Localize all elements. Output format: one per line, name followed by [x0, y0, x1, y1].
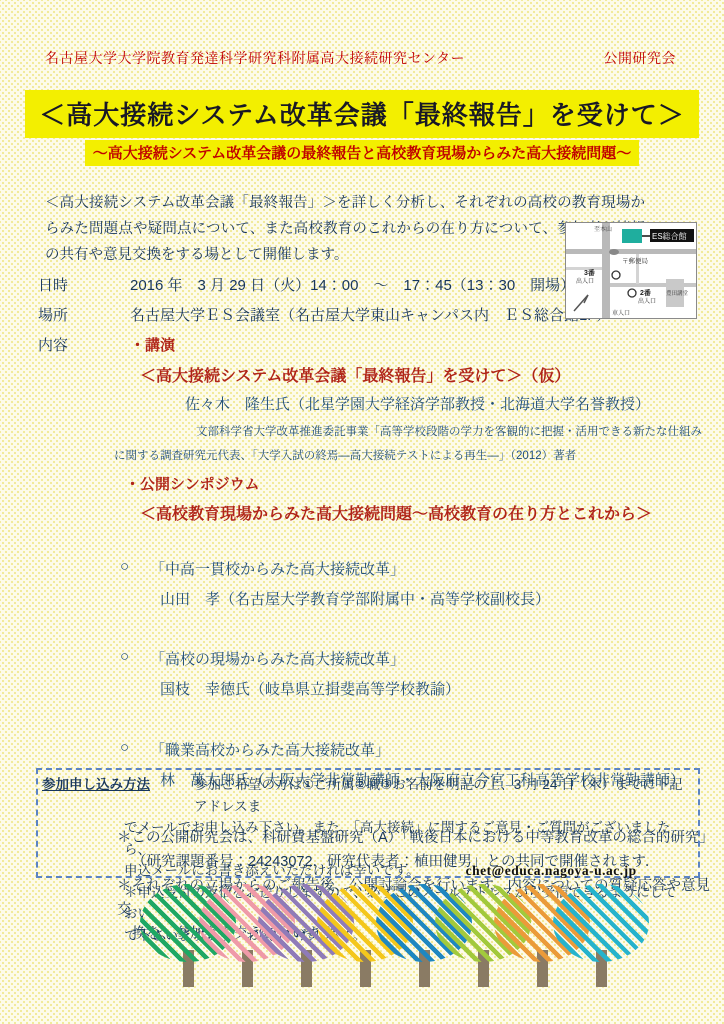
place-value: 名古屋大学ＥＳ会議室（名古屋大学東山キャンパス内 ＥＳ総合館1F）: [130, 304, 611, 328]
datetime-value: 2016 年 3 月 29 日（火）14：00 ～ 17：45（13：30 開場…: [130, 274, 575, 298]
lecture-bio-line1: 文部科学省大学改革推進委託事業「高等学校段階の学力を客観的に把握・活用できる新た…: [196, 423, 724, 439]
flyer-page: { "header": { "org": "名古屋大学大学院教育発達科学研究科附…: [0, 0, 724, 1024]
place-label: 場所: [38, 304, 130, 328]
circle-bullet-icon: ○: [120, 648, 150, 669]
intro-paragraph: ＜高大接続システム改革会議「最終報告」＞を詳しく分析し、それぞれの高校の教育現場…: [45, 190, 645, 268]
subtitle-block: ～高大接続システム改革会議の最終報告と高校教育現場からみた高大接続問題～: [0, 140, 724, 166]
tree-canopy-icon: [553, 884, 649, 962]
application-box: 参加申し込み方法 参加ご希望の方は①ご所属②職③お名前を明記の上、3 月 24 …: [36, 768, 700, 878]
tree-row-decoration: [0, 884, 724, 984]
application-line2: でメールでお申し込み下さい。また、「高大接続」に関するご意見・ご質問がございまし…: [124, 817, 690, 860]
circle-bullet-icon: ○: [120, 739, 150, 760]
symposium-item-1: ○ 「中高一貫校からみた高大接続改革」 山田 孝（名古屋大学教育学部附属中・高等…: [120, 558, 724, 609]
event-type-label: 公開研究会: [604, 48, 677, 68]
symposium-item-title: 「職業高校からみた高大接続改革」: [150, 739, 390, 760]
content-label: 内容: [38, 334, 130, 358]
symposium-item-2: ○ 「高校の現場からみた高大接続改革」 国枝 幸徳氏（岐阜県立揖斐高等学校教諭）: [120, 648, 724, 699]
symposium-title: ＜高校教育現場からみた高大接続問題～高校教育の在り方とこれから＞: [140, 501, 724, 524]
map-exit3-label: 3番: [584, 268, 595, 277]
campus-map-graphic: ES総合館 至本山 〒郵便局 3番 出入口 2番 出入口 豊田講堂 車入口: [566, 223, 696, 318]
symposium-item-speaker: 国枝 幸徳氏（岐阜県立揖斐高等学校教諭）: [160, 678, 724, 699]
contact-email: chet@educa.nagoya-u.ac.jp: [466, 863, 637, 878]
title-block: ＜高大接続システム改革会議「最終報告」を受けて＞: [0, 90, 724, 138]
lecture-title: ＜高大接続システム改革会議「最終報告」を受けて＞（仮）: [140, 363, 724, 386]
campus-map: ES総合館 至本山 〒郵便局 3番 出入口 2番 出入口 豊田講堂 車入口: [565, 222, 697, 319]
header-line: 名古屋大学大学院教育発達科学研究科附属高大接続研究センター 公開研究会: [0, 0, 724, 68]
page-subtitle: ～高大接続システム改革会議の最終報告と高校教育現場からみた高大接続問題～: [85, 140, 640, 166]
es-building-marker: [622, 229, 642, 243]
tree-cyan: [553, 884, 649, 987]
map-post-office-label: 〒郵便局: [622, 256, 649, 265]
map-car-gate-label: 車入口: [612, 309, 630, 317]
application-method-label: 参加申し込み方法: [42, 774, 150, 817]
lecture-speaker: 佐々木 隆生氏（北星学園大学経済学部教授・北海道大学名誉教授）: [185, 393, 724, 414]
svg-text:出入口: 出入口: [576, 277, 594, 285]
content-row: 内容 ・講演: [38, 334, 724, 358]
map-toyoda-label: 豊田講堂: [666, 289, 689, 297]
map-building-label: ES総合館: [652, 231, 687, 241]
map-exit2-label: 2番: [640, 288, 651, 297]
svg-text:出入口: 出入口: [638, 297, 656, 305]
symposium-item-title: 「中高一貫校からみた高大接続改革」: [150, 558, 405, 579]
organization-name: 名古屋大学大学院教育発達科学研究科附属高大接続研究センター: [45, 48, 465, 68]
lecture-bio-line2: に関する調査研究元代表、「大学入試の終焉―高大接続テストによる再生―」（2012…: [114, 447, 724, 463]
symposium-item-title: 「高校の現場からみた高大接続改革」: [150, 648, 405, 669]
application-line3: 申込メールにお書き添えいただければ幸いです。chet@educa.nagoya-…: [124, 860, 690, 882]
symposium-item-speaker: 山田 孝（名古屋大学教育学部附属中・高等学校副校長）: [160, 588, 724, 609]
circle-bullet-icon: ○: [120, 558, 150, 579]
page-title: ＜高大接続システム改革会議「最終報告」を受けて＞: [25, 90, 698, 138]
datetime-label: 日時: [38, 274, 130, 298]
symposium-heading: ・公開シンポジウム: [125, 473, 724, 494]
map-to-motoyama-label: 至本山: [594, 225, 612, 233]
lecture-heading: ・講演: [130, 334, 175, 358]
application-line1: 参加ご希望の方は①ご所属②職③お名前を明記の上、3 月 24 日（木）までに下記…: [194, 774, 690, 817]
